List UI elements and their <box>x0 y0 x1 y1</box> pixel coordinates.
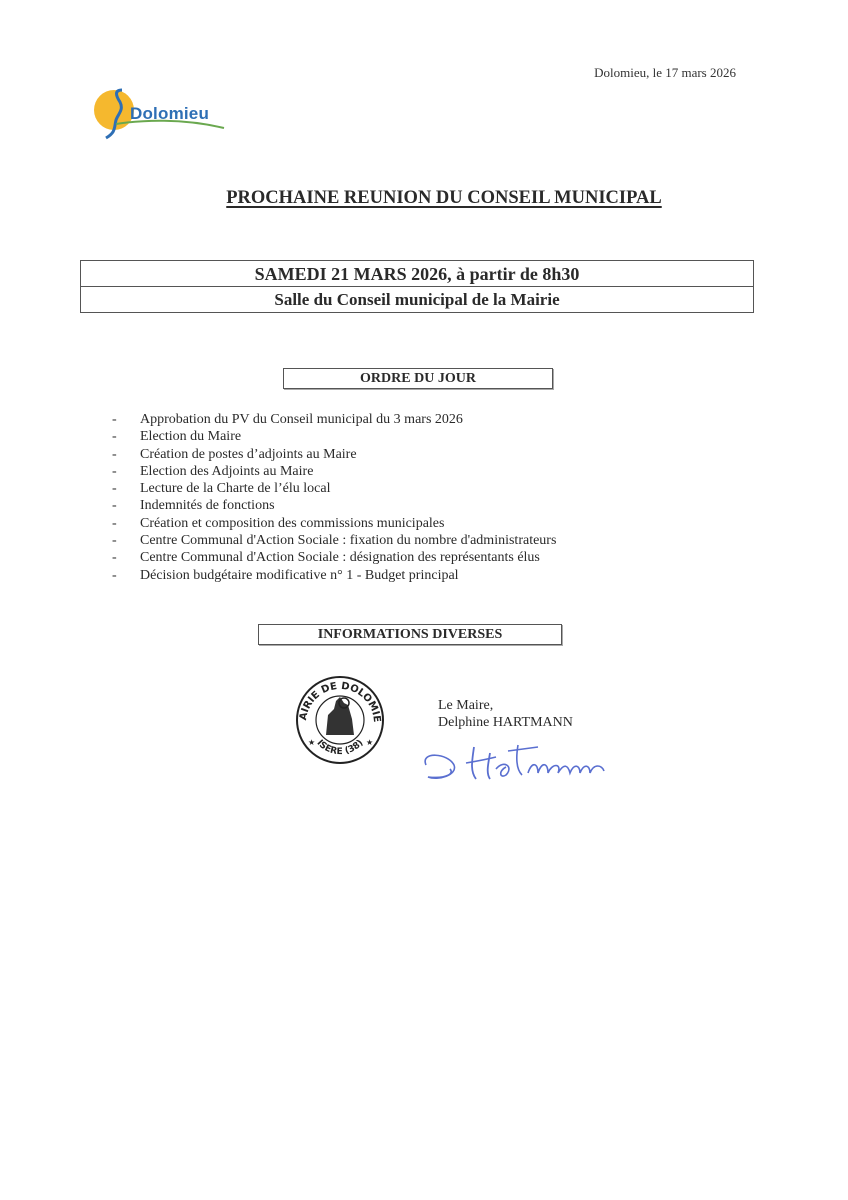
mairie-seal: MAIRIE DE DOLOMIEU ISERE (38) ★ ★ <box>288 675 392 765</box>
agenda-item-text: Election du Maire <box>140 428 241 445</box>
agenda-item: -Création de postes d’adjoints au Maire <box>110 446 556 463</box>
bullet-dash: - <box>110 411 140 428</box>
agenda-item-text: Création et composition des commissions … <box>140 515 444 532</box>
signatory-name: Delphine HARTMANN <box>438 714 573 731</box>
agenda-item-text: Indemnités de fonctions <box>140 497 275 514</box>
handwritten-signature-icon <box>418 735 618 790</box>
agenda-item-text: Centre Communal d'Action Sociale : fixat… <box>140 532 556 549</box>
agenda-item: -Lecture de la Charte de l’élu local <box>110 480 556 497</box>
bullet-dash: - <box>110 567 140 584</box>
place-date: Dolomieu, le 17 mars 2026 <box>560 65 736 81</box>
logo-text: Dolomieu <box>130 104 209 124</box>
bullet-dash: - <box>110 463 140 480</box>
svg-text:ISERE (38): ISERE (38) <box>314 738 365 757</box>
event-date-time: SAMEDI 21 MARS 2026, à partir de 8h30 <box>81 261 753 287</box>
agenda-item-text: Décision budgétaire modificative n° 1 - … <box>140 567 459 584</box>
page-title: PROCHAINE REUNION DU CONSEIL MUNICIPAL <box>0 188 848 209</box>
bullet-dash: - <box>110 549 140 566</box>
agenda-item: -Approbation du PV du Conseil municipal … <box>110 411 556 428</box>
bullet-dash: - <box>110 446 140 463</box>
agenda-item: -Centre Communal d'Action Sociale : dési… <box>110 549 556 566</box>
event-location: Salle du Conseil municipal de la Mairie <box>81 287 753 312</box>
bullet-dash: - <box>110 515 140 532</box>
svg-text:★: ★ <box>308 738 315 747</box>
agenda-item: -Indemnités de fonctions <box>110 497 556 514</box>
agenda-item-text: Approbation du PV du Conseil municipal d… <box>140 411 463 428</box>
agenda-item: -Décision budgétaire modificative n° 1 -… <box>110 567 556 584</box>
bullet-dash: - <box>110 497 140 514</box>
bullet-dash: - <box>110 480 140 497</box>
agenda-item-text: Election des Adjoints au Maire <box>140 463 313 480</box>
bullet-dash: - <box>110 532 140 549</box>
dolomieu-logo: Dolomieu <box>92 84 232 146</box>
handwritten-signature <box>418 735 618 790</box>
signatory-block: Le Maire, Delphine HARTMANN <box>438 697 573 731</box>
agenda-item-text: Centre Communal d'Action Sociale : désig… <box>140 549 540 566</box>
agenda-heading: ORDRE DU JOUR <box>283 368 553 389</box>
signatory-role: Le Maire, <box>438 697 573 714</box>
agenda-item-text: Lecture de la Charte de l’élu local <box>140 480 330 497</box>
agenda-item: -Création et composition des commissions… <box>110 515 556 532</box>
event-box: SAMEDI 21 MARS 2026, à partir de 8h30 Sa… <box>80 260 754 313</box>
agenda-item-text: Création de postes d’adjoints au Maire <box>140 446 357 463</box>
svg-text:★: ★ <box>366 738 373 747</box>
bullet-dash: - <box>110 428 140 445</box>
mairie-seal-icon: MAIRIE DE DOLOMIEU ISERE (38) ★ ★ <box>288 675 392 765</box>
agenda-item: -Centre Communal d'Action Sociale : fixa… <box>110 532 556 549</box>
agenda-item: -Election du Maire <box>110 428 556 445</box>
informations-heading: INFORMATIONS DIVERSES <box>258 624 562 645</box>
agenda-item: -Election des Adjoints au Maire <box>110 463 556 480</box>
agenda-list: -Approbation du PV du Conseil municipal … <box>110 411 556 584</box>
